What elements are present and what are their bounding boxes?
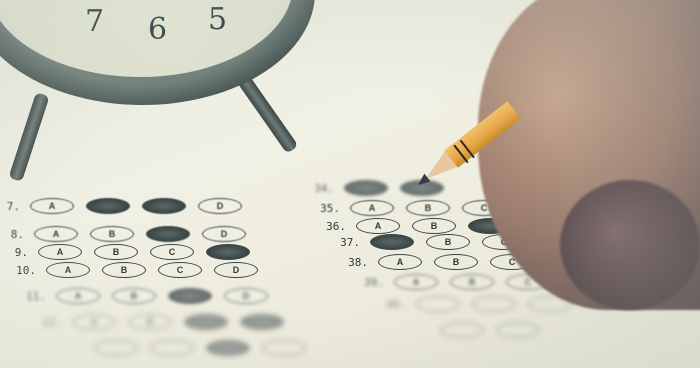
bubble-c-filled (206, 340, 250, 356)
bubble-a: A (56, 288, 100, 304)
bubble-b: B (412, 218, 456, 234)
clock-leg-left (8, 92, 49, 182)
bubble-a: A (356, 218, 400, 234)
bubble-c: C (158, 262, 202, 278)
answer-row (396, 322, 552, 338)
bubble-b (472, 296, 516, 312)
bubble-d-filled (206, 244, 250, 260)
bubble-a: A (350, 200, 394, 216)
question-number: 11. (12, 290, 46, 303)
answer-row (50, 340, 318, 356)
question-number: 40. (372, 298, 406, 311)
question-number: 39. (350, 276, 384, 289)
question-number: 36. (312, 220, 346, 233)
bubble-b: B (94, 244, 138, 260)
bubble-d: D (198, 198, 242, 214)
question-number: 38. (334, 256, 368, 269)
bubble-b: B (128, 314, 172, 330)
clock-face: 7 6 5 (0, 0, 293, 77)
bubble-c-filled (184, 314, 228, 330)
bubble-a: A (34, 226, 78, 242)
bubble-b (496, 322, 540, 338)
answer-row: 40. (372, 296, 584, 312)
bubble-d-filled (240, 314, 284, 330)
bubble-c-filled: C (142, 198, 186, 214)
bubble-b: B (434, 254, 478, 270)
bubble-b: B (426, 234, 470, 250)
bubble-c-filled (146, 226, 190, 242)
bubble-a: A (46, 262, 90, 278)
bubble-a-filled (370, 234, 414, 250)
bubble-b: B (90, 226, 134, 242)
question-number: 7. (0, 200, 20, 213)
bubble-b: B (112, 288, 156, 304)
question-number: 8. (0, 228, 24, 241)
bubble-d (262, 340, 306, 356)
answer-row: 8. A B D (0, 226, 258, 242)
bubble-d: D (224, 288, 268, 304)
finger (560, 180, 700, 310)
bubble-a: A (378, 254, 422, 270)
bubble-b: B (450, 274, 494, 290)
alarm-clock: 7 6 5 (0, 0, 315, 105)
clock-numeral-7: 7 (85, 4, 104, 39)
answer-row: 11. A B D (12, 288, 280, 304)
bubble-a: A (72, 314, 116, 330)
bubble-a-filled (344, 180, 388, 196)
question-number: 9. (0, 246, 28, 259)
clock-leg-right (235, 72, 298, 154)
bubble-c-filled (168, 288, 212, 304)
bubble-a (94, 340, 138, 356)
bubble-c: C (150, 244, 194, 260)
bubble-b-filled (86, 198, 130, 214)
clock-numeral-5: 5 (208, 2, 227, 37)
question-number: 37. (326, 236, 360, 249)
photo-scene: 7. A C D 8. A B D 9. A B C 10. A B C D 1… (0, 0, 700, 368)
answer-row: 10. A B C D (2, 262, 270, 278)
bubble-a: A (30, 198, 74, 214)
bubble-b (150, 340, 194, 356)
answer-row: 7. A C D (0, 198, 254, 214)
answer-row: 12. A B (28, 314, 296, 330)
clock-numeral-6: 6 (148, 12, 167, 47)
answer-row: 9. A B C (0, 244, 262, 260)
bubble-d: D (202, 226, 246, 242)
bubble-b: B (102, 262, 146, 278)
question-number: 34. (300, 182, 334, 195)
bubble-a (416, 296, 460, 312)
question-number: 10. (2, 264, 36, 277)
question-number: 12. (28, 316, 62, 329)
bubble-a (440, 322, 484, 338)
bubble-b: B (406, 200, 450, 216)
bubble-a: A (394, 274, 438, 290)
bubble-a: A (38, 244, 82, 260)
bubble-d: D (214, 262, 258, 278)
question-number: 35. (306, 202, 340, 215)
